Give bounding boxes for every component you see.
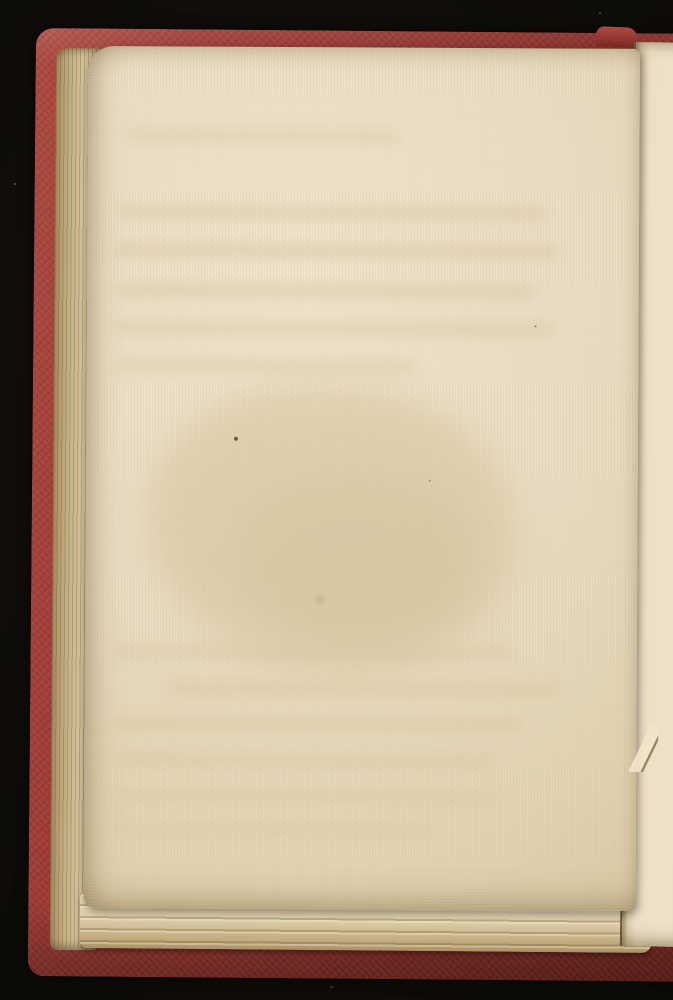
showthrough-band: [110, 752, 495, 769]
blank-book-page: [83, 46, 640, 911]
dust-speck: [330, 986, 333, 988]
showthrough-band: [117, 282, 537, 299]
cover-corner-tip: [596, 26, 639, 47]
showthrough-band: [116, 358, 416, 374]
ink-speck: [429, 480, 431, 482]
book-photograph: [0, 0, 673, 1000]
page-edge-notch: [628, 726, 659, 772]
dust-speck: [599, 12, 601, 14]
showthrough-band: [124, 128, 399, 143]
ink-speck: [234, 437, 238, 441]
showthrough-band: [117, 204, 547, 221]
showthrough-band: [113, 644, 513, 661]
showthrough-band: [112, 788, 502, 805]
showthrough-band: [114, 822, 434, 838]
ink-speck: [535, 325, 537, 327]
showthrough-band: [113, 242, 558, 259]
showthrough-band: [112, 716, 522, 733]
foxing-spot: [315, 595, 325, 603]
showthrough-band: [112, 320, 552, 337]
dust-speck: [14, 183, 16, 185]
showthrough-band: [165, 680, 560, 697]
